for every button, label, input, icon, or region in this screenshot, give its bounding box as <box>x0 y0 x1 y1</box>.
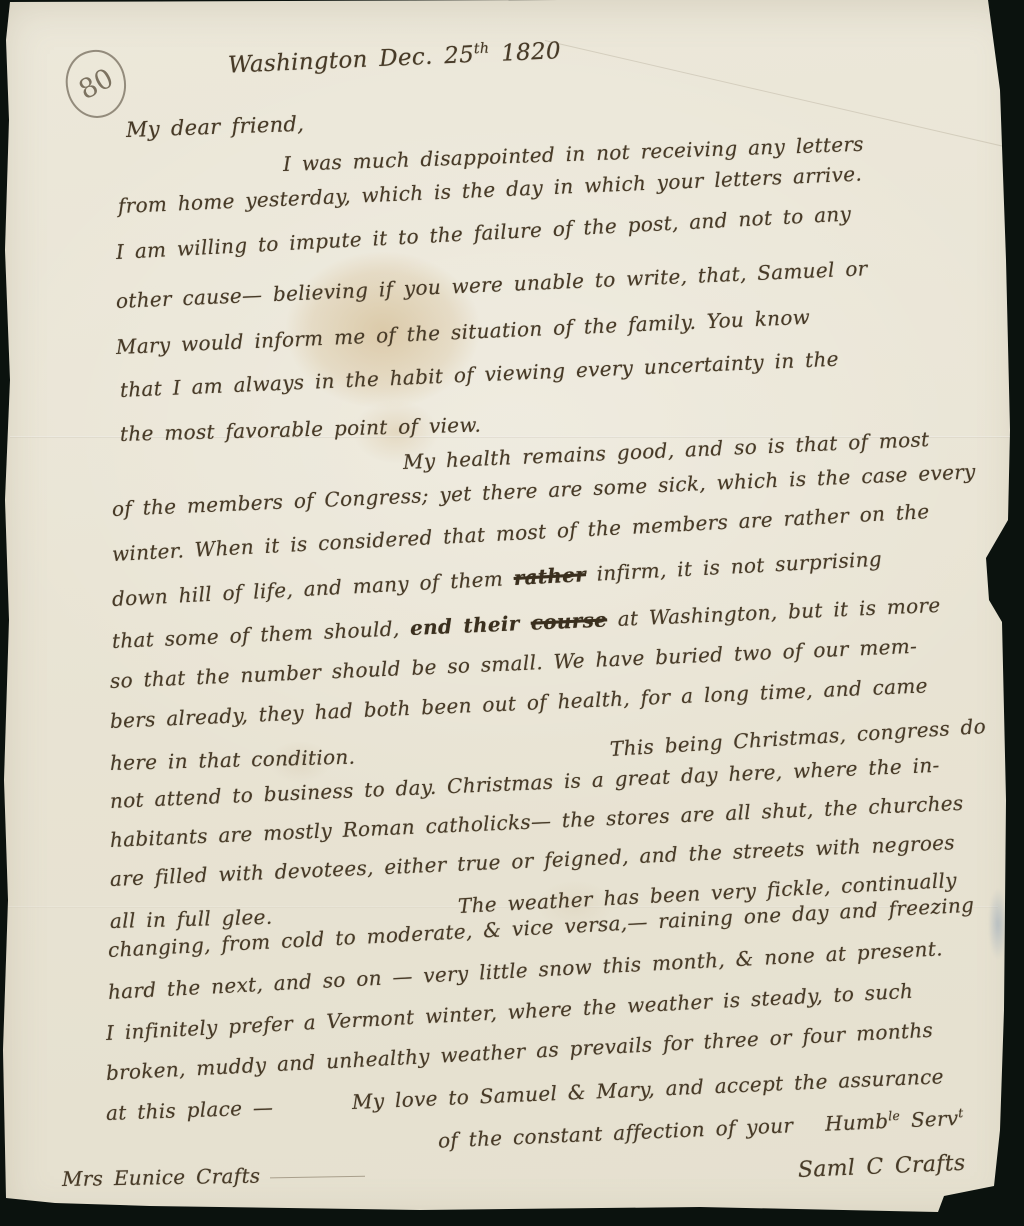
line-text: that some of them should, <box>111 616 410 653</box>
date-text: 1820 <box>489 38 561 67</box>
letter-line: here in that condition. <box>110 745 356 775</box>
pen-flourish <box>270 1175 365 1179</box>
letter-line: Mary would inform me of the situation of… <box>115 305 810 359</box>
letter-line: the most favorable point of view. <box>120 413 482 446</box>
addressee-name: Mrs Eunice Crafts <box>62 1164 261 1191</box>
signature: Saml C Crafts <box>797 1151 965 1183</box>
line-text: infirm, it is not surprising <box>585 547 882 586</box>
salutation: My dear friend, <box>126 112 305 142</box>
letter-line: that I am always in the habit of viewing… <box>119 347 839 402</box>
line-text: down hill of life, and many of them <box>111 566 514 611</box>
scan-background: { "colors": { "background": "#0b120e", "… <box>0 0 1024 1226</box>
addressee-line: Mrs Eunice Crafts <box>62 1162 366 1191</box>
line-text: Serv <box>900 1106 959 1133</box>
overwritten-words: end their <box>410 611 532 640</box>
letter-line: My love to Samuel & Mary, and accept the… <box>351 1064 944 1114</box>
struck-word: rather <box>513 562 587 590</box>
closing-line: of the constant affection of your Humble… <box>437 1105 964 1153</box>
letter-line: at this place — <box>106 1095 274 1125</box>
date-superscript: th <box>473 41 489 58</box>
date-text: Washington Dec. 25 <box>227 42 474 79</box>
date-line: Washington Dec. 25th 1820 <box>227 37 561 78</box>
archive-number-stamp: 80 <box>60 45 133 124</box>
archive-number: 80 <box>74 62 119 106</box>
letter-line: other cause— believing if you were unabl… <box>115 256 867 313</box>
letter-paper: 80 Washington Dec. 25th 1820 My dear fri… <box>0 0 1024 1226</box>
letter-line: all in full glee. <box>110 905 273 933</box>
line-text: of the constant affection of your Humb <box>437 1109 888 1153</box>
closing-superscript: t <box>958 1105 964 1120</box>
wax-smudge <box>988 888 1008 960</box>
closing-superscript: le <box>888 1108 901 1124</box>
line-text: at Washington, but it is more <box>607 593 941 632</box>
struck-word: course <box>530 607 607 634</box>
